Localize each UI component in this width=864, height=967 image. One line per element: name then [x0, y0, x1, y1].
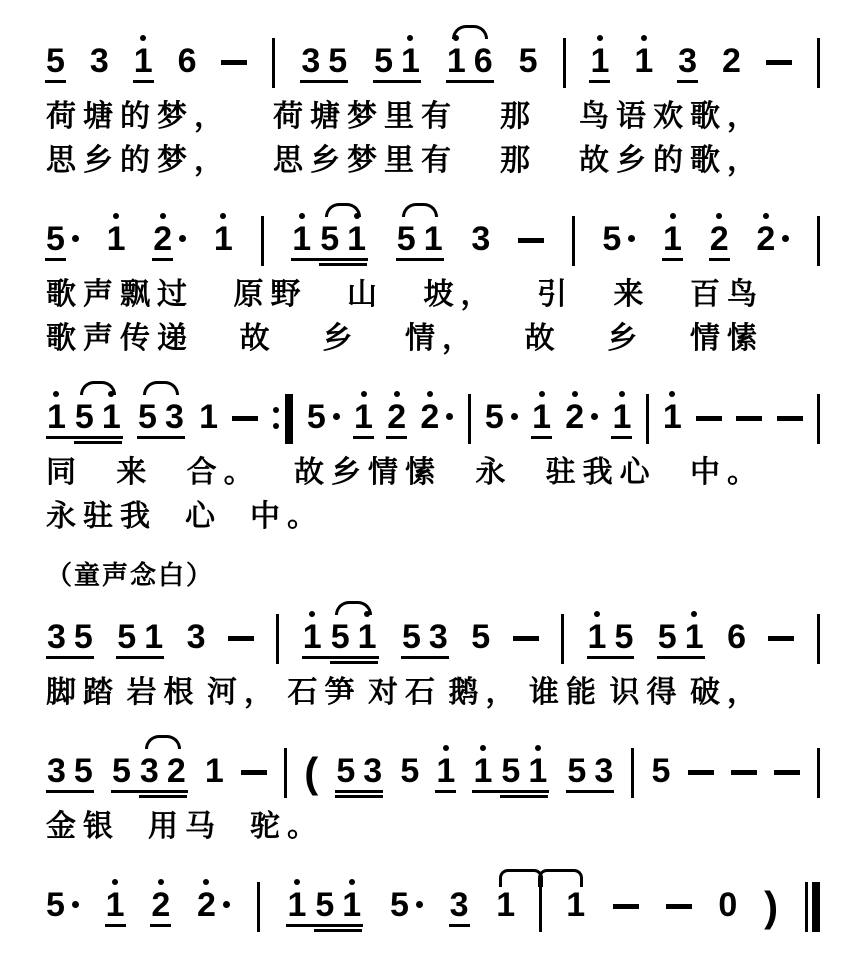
underline-beam: [589, 80, 610, 83]
note-digit: 1: [424, 223, 443, 256]
open-paren: (: [304, 752, 318, 794]
barline: [817, 394, 820, 444]
repeat-end-barline: [273, 394, 293, 444]
octave-dot: [407, 35, 413, 41]
underline-beam: [291, 258, 368, 261]
note-group: 53: [401, 610, 449, 664]
note-core: 1: [107, 212, 126, 266]
barline: [561, 614, 564, 664]
note: 5: [307, 390, 340, 444]
note: 5: [400, 744, 419, 798]
note-core: 1: [134, 34, 153, 88]
note-core: 5: [652, 744, 671, 798]
note: 3: [678, 34, 697, 88]
note-digit: 1: [473, 755, 492, 788]
lyric-phrase: 心: [185, 498, 222, 536]
jianpu-score: 531635511651132荷塘的梦，荷塘梦里有那鸟语欢歌，思乡的梦，思乡梦里…: [46, 24, 820, 932]
note-digit: 2: [420, 401, 439, 434]
lyric-phrase: 思乡梦里有: [273, 142, 458, 180]
lyric-phrase: 荷塘梦里有: [273, 98, 458, 136]
note-core: 2: [756, 212, 775, 266]
underline-beam: [46, 790, 94, 793]
underline-beam: [45, 80, 66, 83]
lyric-phrase: 驻我心: [546, 454, 657, 492]
note-digit: 1: [134, 45, 153, 78]
note: 1: [134, 34, 153, 88]
note-group: 151: [46, 390, 123, 444]
note: 1: [107, 212, 126, 266]
note-digit: 3: [187, 621, 206, 654]
barline: [817, 748, 820, 798]
sustain-dash: [768, 636, 794, 641]
note-digit: 1: [588, 621, 607, 654]
lyric-phrase: 鸟语欢歌，: [579, 98, 764, 136]
note: 1: [532, 390, 551, 444]
note: 6: [727, 610, 746, 664]
note-core: 3: [678, 34, 697, 88]
barline: [817, 614, 820, 664]
note-digit: 5: [117, 621, 136, 654]
note-digit: 5: [602, 223, 621, 256]
note-group: 11: [495, 878, 586, 932]
barline: [563, 38, 566, 88]
note: 2: [387, 390, 406, 444]
note: 1: [205, 744, 224, 798]
augmentation-dot: [179, 235, 186, 242]
lyrics-row: 歌声传递故乡情，故乡情愫: [46, 320, 820, 358]
underline-beam: [449, 924, 470, 927]
note-digit: 5: [471, 621, 490, 654]
note-digit: 2: [565, 401, 584, 434]
note-digit: 1: [47, 401, 66, 434]
underline-beam: [335, 790, 383, 793]
jianpu-notation-line: 151531512251211: [46, 380, 820, 444]
note: 5: [519, 34, 538, 88]
note-core: 2: [151, 878, 170, 932]
lyric-phrase: 驼。: [250, 808, 324, 846]
sustain-dash: [613, 904, 639, 909]
note: 2: [197, 878, 230, 932]
note-digit: 5: [485, 401, 504, 434]
lyrics-row: 脚踏岩根河，石笋对石鹅，谁能识得破，: [46, 674, 820, 712]
octave-dot: [294, 879, 300, 885]
note-digit: 5: [652, 755, 671, 788]
underline-beam: [353, 436, 374, 439]
note-digit: 1: [612, 401, 631, 434]
note-digit: 1: [106, 889, 125, 922]
barline: [817, 216, 820, 266]
lyric-phrase: 故: [240, 320, 277, 358]
note-digit: 1: [342, 889, 361, 922]
note-digit: 1: [287, 889, 306, 922]
note-core: 3: [90, 34, 109, 88]
jianpu-notation-line: 3551315153515516: [46, 600, 820, 664]
note-core: 2: [387, 390, 406, 444]
octave-dot: [480, 745, 486, 751]
slur-arc: [402, 203, 438, 217]
underline-beam: [335, 795, 383, 798]
lyric-phrase: 荷塘的梦，: [46, 98, 231, 136]
note-digit: 3: [471, 223, 490, 256]
note-core: 2: [722, 34, 741, 88]
music-system: 512215153110): [46, 868, 820, 932]
octave-dot: [691, 611, 697, 617]
lyric-phrase: 山: [347, 276, 384, 314]
note-core: 2: [197, 878, 216, 932]
note-digit: 3: [165, 401, 184, 434]
note-digit: 2: [756, 223, 775, 256]
underline-beam: [139, 795, 187, 798]
note-core: 5: [46, 34, 65, 88]
note-digit: 0: [718, 889, 737, 922]
note-digit: 5: [315, 889, 334, 922]
octave-dot: [539, 391, 545, 397]
note-core: 5: [485, 390, 504, 444]
note-group: 51: [396, 212, 444, 266]
note-digit: 1: [102, 401, 121, 434]
barline: [631, 748, 634, 798]
sustain-dash: [777, 416, 803, 421]
lyric-phrase: 河，: [207, 674, 281, 712]
sustain-dash: [696, 416, 722, 421]
jianpu-notation-line: 51211515135122: [46, 202, 820, 266]
note-digit: 1: [528, 755, 547, 788]
note-core: 5: [471, 610, 490, 664]
note-digit: 5: [614, 621, 633, 654]
note-digit: 5: [74, 755, 93, 788]
note-digit: 1: [144, 621, 163, 654]
underline-beam: [116, 656, 164, 659]
underline-beam: [386, 436, 407, 439]
barline: [468, 394, 471, 444]
note-group: 53: [566, 744, 614, 798]
note-core: 5: [400, 744, 419, 798]
lyric-phrase: 对石: [368, 674, 442, 712]
octave-dot: [53, 391, 59, 397]
note-group: 35: [300, 34, 348, 88]
note-core: 2: [420, 390, 439, 444]
close-paren: ): [764, 886, 778, 928]
octave-dot: [669, 391, 675, 397]
barline: [257, 882, 260, 932]
note-digit: 5: [138, 401, 157, 434]
note-core: 1: [590, 34, 609, 88]
underline-beam: [587, 656, 635, 659]
augmentation-dot: [72, 901, 79, 908]
barline: [539, 882, 542, 932]
note-digit: 1: [590, 45, 609, 78]
note-group: 15: [587, 610, 635, 664]
sustain-dash: [228, 636, 254, 641]
note: 3: [471, 212, 490, 266]
underline-beam: [401, 656, 449, 659]
barline: [276, 614, 279, 664]
note: 3: [450, 878, 469, 932]
note-group: 53: [335, 744, 383, 798]
slur-arc: [145, 735, 181, 749]
note-core: 2: [565, 390, 584, 444]
note-group: 16: [446, 34, 494, 88]
note-digit: 1: [358, 621, 377, 654]
lyric-phrase: 岩根: [127, 674, 201, 712]
note-group: 35: [46, 610, 94, 664]
lyric-phrase: 识得: [610, 674, 684, 712]
note-digit: 5: [336, 755, 355, 788]
note-core: 1: [532, 390, 551, 444]
lyric-phrase: 同: [46, 454, 83, 492]
slur-arc: [335, 601, 371, 615]
lyric-phrase: 永驻我: [46, 498, 157, 536]
note-digit: 1: [566, 889, 585, 922]
note-core: 1: [199, 390, 218, 444]
underline-beam: [46, 656, 94, 659]
note-digit: 1: [214, 223, 233, 256]
note-digit: 1: [354, 401, 373, 434]
note-core: 5: [390, 878, 409, 932]
octave-dot: [112, 879, 118, 885]
octave-dot: [443, 745, 449, 751]
note-digit: 6: [178, 45, 197, 78]
note-core: 5: [46, 212, 65, 266]
note: 0: [718, 878, 737, 932]
lyric-phrase: 那: [500, 142, 537, 180]
note-core: 1: [436, 744, 455, 798]
note-digit: 1: [685, 621, 704, 654]
note-digit: 3: [450, 889, 469, 922]
music-system: 355321(5351151535金银用马驼。: [46, 734, 820, 846]
note-core: 6: [178, 34, 197, 88]
underline-beam: [137, 436, 185, 439]
lyric-phrase: 中。: [250, 498, 324, 536]
note-digit: 1: [205, 755, 224, 788]
note-core: 1: [205, 744, 224, 798]
note: 5: [46, 212, 79, 266]
note-group: 532: [111, 744, 188, 798]
underline-beam: [566, 790, 614, 793]
underline-beam: [330, 661, 378, 664]
note-group: 51: [657, 610, 705, 664]
underline-beam: [677, 80, 698, 83]
note-core: 5: [602, 212, 621, 266]
underline-beam: [435, 790, 456, 793]
underline-beam: [105, 924, 126, 927]
thin-barline: [805, 882, 808, 932]
jianpu-notation-line: 512215153110): [46, 868, 820, 932]
lyrics-row: 歌声飘过原野山坡，引来百鸟: [46, 276, 820, 314]
note-digit: 1: [532, 401, 551, 434]
note-digit: 3: [594, 755, 613, 788]
note-group: 51: [116, 610, 164, 664]
lyric-phrase: 乡: [322, 320, 359, 358]
note: 1: [612, 390, 631, 444]
note: 5: [46, 878, 79, 932]
note-digit: 2: [153, 223, 172, 256]
augmentation-dot: [511, 413, 518, 420]
octave-dot: [160, 213, 166, 219]
note-digit: 5: [658, 621, 677, 654]
note-core: 1: [354, 390, 373, 444]
note: 2: [153, 212, 186, 266]
sustain-dash: [766, 60, 792, 65]
lyric-phrase: 思乡的梦，: [46, 142, 231, 180]
note-digit: 5: [112, 755, 131, 788]
thick-barline: [812, 882, 820, 932]
barline: [646, 394, 649, 444]
lyric-phrase: 破，: [690, 674, 764, 712]
note-digit: 2: [722, 45, 741, 78]
note: 1: [663, 212, 682, 266]
note-digit: 5: [46, 889, 65, 922]
sustain-dash: [221, 60, 247, 65]
note-digit: 5: [567, 755, 586, 788]
note-digit: 1: [347, 223, 366, 256]
underline-beam: [500, 795, 548, 798]
note-digit: 5: [75, 401, 94, 434]
lyric-phrase: 乡: [607, 320, 644, 358]
octave-dot: [619, 391, 625, 397]
note-digit: 3: [47, 755, 66, 788]
octave-dot: [594, 611, 600, 617]
note: 1: [214, 212, 233, 266]
note-digit: 3: [47, 621, 66, 654]
octave-dot: [113, 213, 119, 219]
underline-beam: [662, 258, 683, 261]
note-digit: 3: [90, 45, 109, 78]
note-digit: 1: [496, 889, 515, 922]
underline-beam: [657, 656, 705, 659]
lyric-phrase: 用马: [148, 808, 222, 846]
augmentation-dot: [782, 235, 789, 242]
note: 3: [90, 34, 109, 88]
lyrics-row: 同来合。故乡情愫永驻我心中。: [46, 454, 820, 492]
note-digit: 5: [501, 755, 520, 788]
note: 5: [652, 744, 671, 798]
note-digit: 1: [663, 223, 682, 256]
note-digit: 5: [46, 45, 65, 78]
note: 2: [151, 878, 170, 932]
note-digit: 5: [320, 223, 339, 256]
note-core: 1: [663, 390, 682, 444]
lyric-phrase: 歌声传递: [46, 320, 194, 358]
note: 5: [485, 390, 518, 444]
sustain-dash: [241, 770, 267, 775]
note-digit: 3: [301, 45, 320, 78]
lyrics-row: 永驻我心中。: [46, 498, 820, 536]
note-group: 151: [472, 744, 549, 798]
note-digit: 3: [140, 755, 159, 788]
lyric-phrase: 引: [537, 276, 574, 314]
slur-arc: [452, 25, 488, 39]
underline-beam: [286, 924, 363, 927]
octave-dot: [220, 213, 226, 219]
note: 2: [420, 390, 453, 444]
barline: [572, 216, 575, 266]
lyric-phrase: 金银: [46, 808, 120, 846]
augmentation-dot: [446, 413, 453, 420]
lyric-phrase: 情，: [405, 320, 479, 358]
note-digit: 1: [634, 45, 653, 78]
lyrics-row: 思乡的梦，思乡梦里有那故乡的歌，: [46, 142, 820, 180]
note: 2: [565, 390, 598, 444]
note-digit: 3: [429, 621, 448, 654]
note-core: 1: [612, 390, 631, 444]
sustain-dash: [774, 770, 800, 775]
lyric-phrase: 谁能: [529, 674, 603, 712]
note-digit: 5: [400, 755, 419, 788]
note-core: 3: [450, 878, 469, 932]
lyric-phrase: 原野: [234, 276, 308, 314]
lyrics-row: 金银用马驼。: [46, 808, 820, 846]
note-digit: 2: [197, 889, 216, 922]
note-digit: 3: [363, 755, 382, 788]
underline-beam: [314, 929, 362, 932]
underline-beam: [709, 258, 730, 261]
lyric-phrase: 故: [525, 320, 562, 358]
octave-dot: [535, 745, 541, 751]
jianpu-notation-line: 355321(5351151535: [46, 734, 820, 798]
note-group: 151: [286, 878, 363, 932]
note-core: 1: [634, 34, 653, 88]
augmentation-dot: [416, 901, 423, 908]
octave-dot: [203, 879, 209, 885]
augmentation-dot: [72, 235, 79, 242]
augmentation-dot: [333, 413, 340, 420]
note-core: 5: [46, 878, 65, 932]
underline-beam: [300, 80, 348, 83]
note: 1: [436, 744, 455, 798]
note-digit: 5: [307, 401, 326, 434]
note-digit: 5: [74, 621, 93, 654]
sheet-music-page: 531635511651132荷塘的梦，荷塘梦里有那鸟语欢歌，思乡的梦，思乡梦里…: [0, 0, 864, 967]
lyric-phrase: 坡，: [424, 276, 498, 314]
sustain-dash: [232, 416, 258, 421]
underline-beam: [45, 258, 66, 261]
note-digit: 3: [678, 45, 697, 78]
note-digit: 5: [402, 621, 421, 654]
repeat-dots: [273, 407, 279, 429]
note: 3: [187, 610, 206, 664]
note: 5: [390, 878, 423, 932]
lyric-phrase: 来: [116, 454, 153, 492]
note-group: 151: [302, 610, 379, 664]
note-digit: 5: [331, 621, 350, 654]
note-digit: 5: [328, 45, 347, 78]
repeat-dot: [273, 423, 279, 429]
octave-dot: [641, 35, 647, 41]
augmentation-dot: [591, 413, 598, 420]
underline-beam: [446, 80, 494, 83]
note: 1: [663, 390, 682, 444]
lyric-phrase: 来: [614, 276, 651, 314]
barline: [261, 216, 264, 266]
note-digit: 1: [199, 401, 218, 434]
music-system: 51211515135122歌声飘过原野山坡，引来百鸟歌声传递故乡情，故乡情愫: [46, 202, 820, 358]
lyric-phrase: 脚踏: [46, 674, 120, 712]
note-core: 2: [710, 212, 729, 266]
note-core: 0: [718, 878, 737, 932]
note: 5: [471, 610, 490, 664]
octave-dot: [427, 391, 433, 397]
thick-barline: [285, 394, 293, 444]
note-digit: 1: [303, 621, 322, 654]
note-digit: 2: [167, 755, 186, 788]
note-core: 1: [663, 212, 682, 266]
note: 1: [634, 34, 653, 88]
underline-beam: [472, 790, 549, 793]
lyrics-row: 荷塘的梦，荷塘梦里有那鸟语欢歌，: [46, 98, 820, 136]
octave-dot: [158, 879, 164, 885]
note: 6: [178, 34, 197, 88]
